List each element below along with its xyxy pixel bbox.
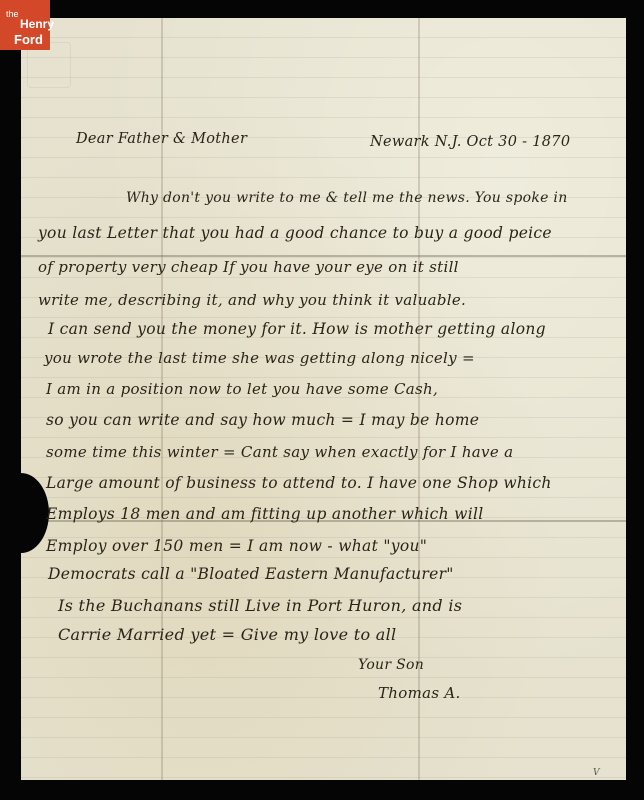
body-line: of property very cheap If you have your … bbox=[38, 258, 459, 276]
body-line: write me, describing it, and why you thi… bbox=[38, 291, 466, 309]
logo-text-ford: Ford bbox=[14, 33, 43, 46]
fold-line bbox=[21, 255, 626, 257]
salutation: Dear Father & Mother bbox=[76, 131, 247, 147]
body-line: Why don't you write to me & tell me the … bbox=[126, 190, 568, 206]
closing: Your Son bbox=[358, 657, 424, 673]
body-line: some time this winter = Cant say when ex… bbox=[46, 443, 513, 461]
body-line: Democrats call a "Bloated Eastern Manufa… bbox=[48, 565, 454, 583]
body-line: Carrie Married yet = Give my love to all bbox=[58, 625, 396, 644]
body-line: you last Letter that you had a good chan… bbox=[38, 224, 552, 242]
signature: Thomas A. bbox=[378, 684, 461, 702]
body-line: Employs 18 men and am fitting up another… bbox=[46, 505, 484, 523]
corner-mark: V bbox=[593, 768, 600, 778]
body-line: I am in a position now to let you have s… bbox=[46, 380, 438, 398]
body-line: so you can write and say how much = I ma… bbox=[46, 411, 479, 429]
body-line: you wrote the last time she was getting … bbox=[44, 349, 475, 367]
body-line: Employ over 150 men = I am now - what "y… bbox=[46, 537, 427, 555]
body-line: I can send you the money for it. How is … bbox=[48, 320, 546, 338]
logo-text-henry: Henry bbox=[20, 18, 54, 30]
body-line: Is the Buchanans still Live in Port Huro… bbox=[58, 596, 462, 615]
body-line: Large amount of business to attend to. I… bbox=[46, 474, 552, 492]
logo-text-the: the bbox=[6, 10, 19, 19]
place-date: Newark N.J. Oct 30 - 1870 bbox=[370, 134, 570, 150]
paper-notch bbox=[0, 473, 49, 553]
henry-ford-logo: the Henry Ford bbox=[0, 0, 50, 50]
